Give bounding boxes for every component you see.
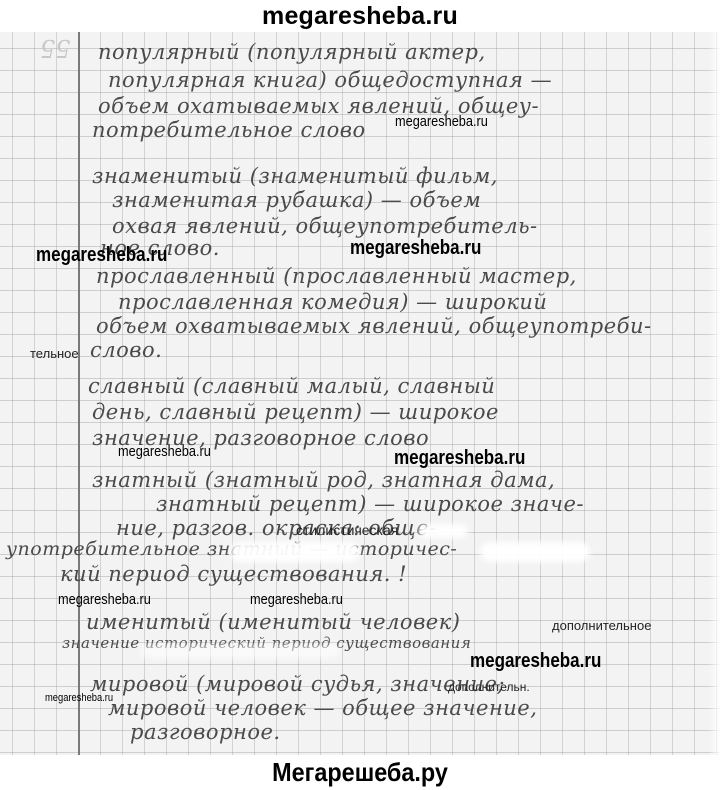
entry-line: прославленный (прославленный мастер, — [96, 264, 577, 288]
entry-line: объем охватываемых явлений, общеупотреби… — [96, 314, 652, 338]
entry-line: слово. — [90, 338, 162, 362]
inserted-text: дополнительн. — [448, 680, 530, 694]
entry-line: знаменитый (знаменитый фильм, — [92, 164, 498, 188]
watermark: megaresheba.ru — [250, 591, 343, 608]
correction-whiteout — [418, 524, 468, 538]
margin-insert: тельное — [30, 346, 79, 361]
page-number: 55 — [40, 34, 71, 62]
entry-line: знатный (знатный род, знатная дама, — [92, 468, 555, 492]
correction-whiteout — [230, 542, 360, 562]
entry-line: прославленная комедия) — широкий — [118, 290, 547, 314]
entry-line: мировой (мировой судья, значение; — [90, 672, 505, 696]
watermark: megaresheba.ru — [118, 443, 211, 460]
site-header-watermark: megaresheba.ru — [0, 0, 720, 32]
entry-line: знатный рецепт) — широкое значе- — [156, 492, 584, 516]
inserted-text: дополнительное — [552, 618, 651, 633]
watermark: megaresheba.ru — [395, 113, 488, 130]
site-footer-watermark: Мегарешеба.ру — [36, 755, 684, 790]
entry-line: популярный (популярный актер, — [98, 40, 486, 64]
entry-line: разговорное. — [130, 720, 281, 744]
page-edge — [708, 32, 720, 755]
inserted-text: стилистическая — [296, 522, 398, 538]
watermark: megaresheba.ru — [350, 237, 481, 260]
watermark: megaresheba.ru — [58, 591, 151, 608]
watermark: megaresheba.ru — [45, 692, 113, 704]
watermark: megaresheba.ru — [36, 244, 167, 267]
entry-line: день, славный рецепт) — широкое — [92, 400, 499, 424]
entry-line: именитый (именитый человек) — [86, 610, 460, 634]
notebook-page: 55 популярный (популярный актер, популяр… — [0, 32, 720, 755]
correction-whiteout — [480, 542, 590, 562]
entry-line: славный (славный малый, славный — [88, 374, 495, 398]
correction-whiteout — [140, 644, 340, 658]
entry-line: популярная книга) общедоступная — — [108, 68, 552, 92]
watermark: megaresheba.ru — [470, 650, 601, 673]
entry-line: знаменитая рубашка) — объем — [112, 188, 481, 212]
watermark: megaresheba.ru — [394, 447, 525, 470]
entry-line: охвая явлений, общеупотребитель- — [112, 214, 538, 238]
entry-line: мировой человек — общее значение, — [108, 696, 537, 720]
entry-line: кий период существования. ! — [60, 562, 407, 586]
entry-line: потребительное слово — [92, 118, 366, 142]
